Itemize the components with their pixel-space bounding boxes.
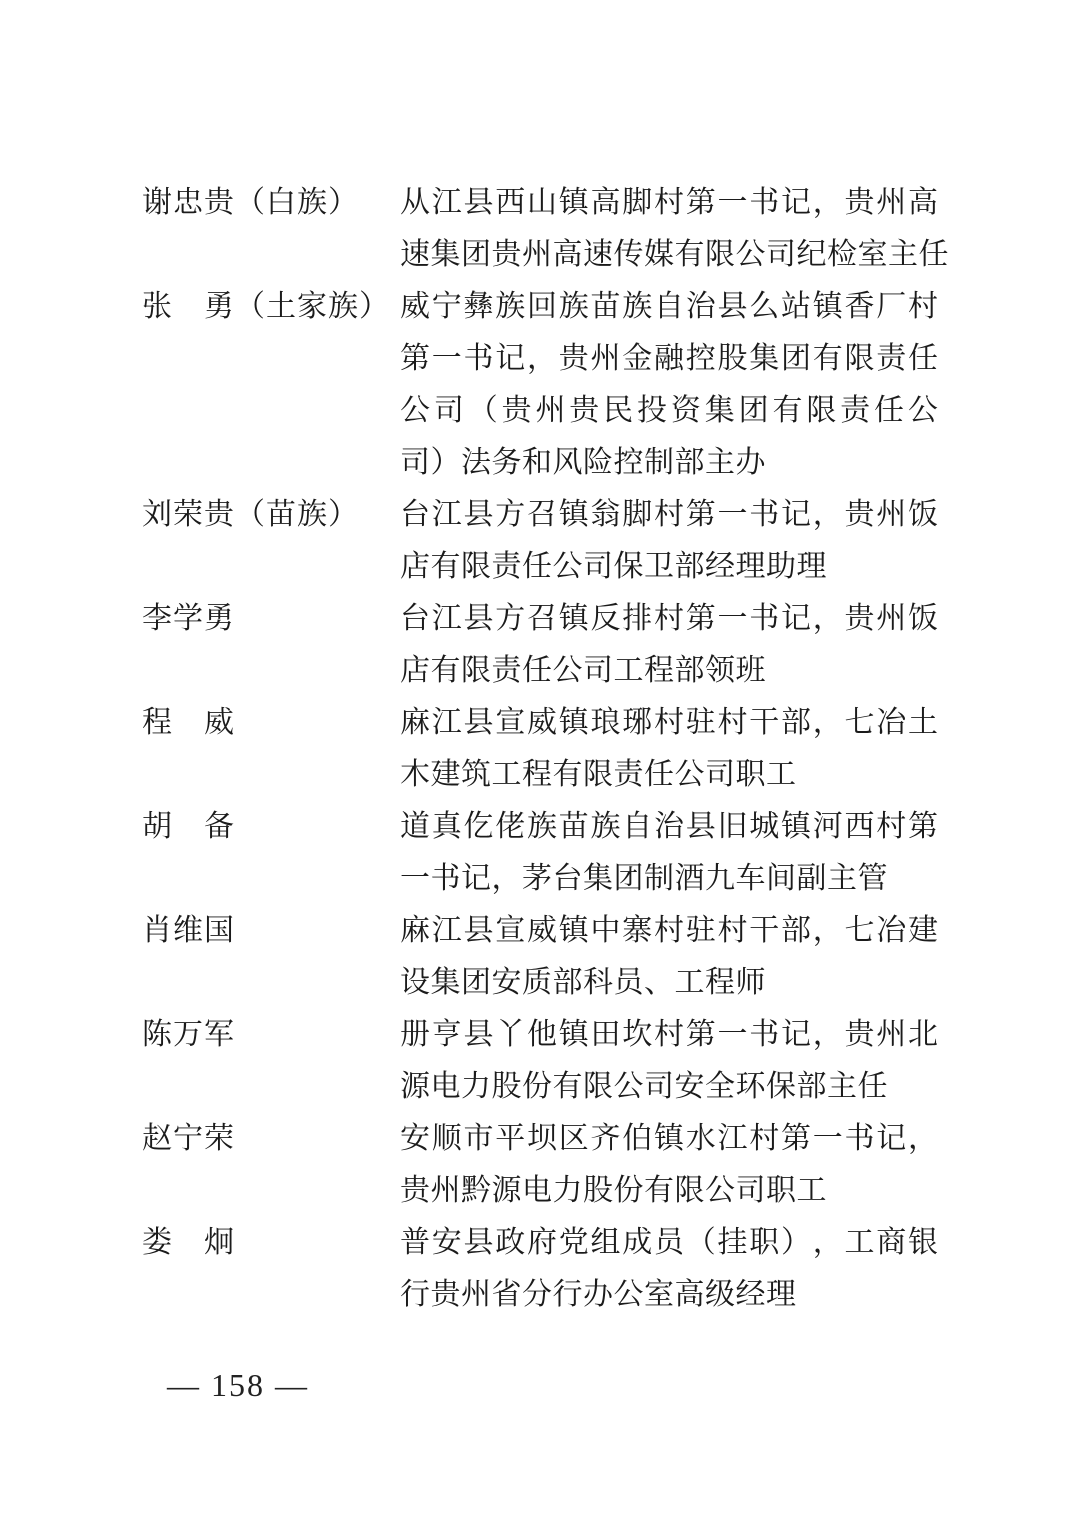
description-line: 司）法务和风险控制部主办 xyxy=(400,437,938,489)
description-line: 源电力股份有限公司安全环保部主任 xyxy=(400,1061,938,1113)
description-line: 木建筑工程有限责任公司职工 xyxy=(400,749,938,801)
description-line: 安顺市平坝区齐伯镇水江村第一书记， xyxy=(400,1113,938,1165)
entry-name: 肖维国 xyxy=(142,905,400,957)
description-line: 设集团安质部科员、工程师 xyxy=(400,957,938,1009)
description-line: 普安县政府党组成员（挂职），工商银 xyxy=(400,1217,938,1269)
roster-entry: 赵宁荣 安顺市平坝区齐伯镇水江村第一书记，贵州黔源电力股份有限公司职工 xyxy=(142,1113,938,1217)
entry-description: 台江县方召镇反排村第一书记，贵州饭店有限责任公司工程部领班 xyxy=(400,593,938,697)
entry-description: 威宁彝族回族苗族自治县么站镇香厂村第一书记，贵州金融控股集团有限责任公司（贵州贵… xyxy=(400,281,938,489)
description-line: 麻江县宣威镇中寨村驻村干部，七冶建 xyxy=(400,905,938,957)
entry-description: 麻江县宣威镇琅琊村驻村干部，七冶土木建筑工程有限责任公司职工 xyxy=(400,697,938,801)
entry-name: 赵宁荣 xyxy=(142,1113,400,1165)
entry-description: 道真仡佬族苗族自治县旧城镇河西村第一书记，茅台集团制酒九车间副主管 xyxy=(400,801,938,905)
entry-name: 张 勇（土家族） xyxy=(142,281,400,333)
entry-description: 台江县方召镇翁脚村第一书记，贵州饭店有限责任公司保卫部经理助理 xyxy=(400,489,938,593)
entry-description: 安顺市平坝区齐伯镇水江村第一书记，贵州黔源电力股份有限公司职工 xyxy=(400,1113,938,1217)
roster-entry: 陈万军 册亨县丫他镇田坎村第一书记，贵州北源电力股份有限公司安全环保部主任 xyxy=(142,1009,938,1113)
description-line: 册亨县丫他镇田坎村第一书记，贵州北 xyxy=(400,1009,938,1061)
roster-entry: 张 勇（土家族） 威宁彝族回族苗族自治县么站镇香厂村第一书记，贵州金融控股集团有… xyxy=(142,281,938,489)
entry-name: 胡 备 xyxy=(142,801,400,853)
entry-name: 陈万军 xyxy=(142,1009,400,1061)
entry-name: 娄 炯 xyxy=(142,1217,400,1269)
description-line: 道真仡佬族苗族自治县旧城镇河西村第 xyxy=(400,801,938,853)
description-line: 从江县西山镇高脚村第一书记，贵州高 xyxy=(400,177,938,229)
description-line: 台江县方召镇翁脚村第一书记，贵州饭 xyxy=(400,489,938,541)
entry-name: 谢忠贵（白族） xyxy=(142,177,400,229)
entry-description: 从江县西山镇高脚村第一书记，贵州高速集团贵州高速传媒有限公司纪检室主任 xyxy=(400,177,938,281)
roster-entry: 谢忠贵（白族） 从江县西山镇高脚村第一书记，贵州高速集团贵州高速传媒有限公司纪检… xyxy=(142,177,938,281)
page-number: — 158 — xyxy=(167,1365,1080,1405)
roster-entry: 李学勇 台江县方召镇反排村第一书记，贵州饭店有限责任公司工程部领班 xyxy=(142,593,938,697)
entry-description: 普安县政府党组成员（挂职），工商银行贵州省分行办公室高级经理 xyxy=(400,1217,938,1321)
description-line: 行贵州省分行办公室高级经理 xyxy=(400,1269,938,1321)
roster-entry: 娄 炯 普安县政府党组成员（挂职），工商银行贵州省分行办公室高级经理 xyxy=(142,1217,938,1321)
entry-name: 程 威 xyxy=(142,697,400,749)
document-page: 谢忠贵（白族） 从江县西山镇高脚村第一书记，贵州高速集团贵州高速传媒有限公司纪检… xyxy=(0,0,1080,1527)
description-line: 第一书记，贵州金融控股集团有限责任 xyxy=(400,333,938,385)
description-line: 贵州黔源电力股份有限公司职工 xyxy=(400,1165,938,1217)
description-line: 店有限责任公司工程部领班 xyxy=(400,645,938,697)
roster: 谢忠贵（白族） 从江县西山镇高脚村第一书记，贵州高速集团贵州高速传媒有限公司纪检… xyxy=(142,177,938,1321)
description-line: 麻江县宣威镇琅琊村驻村干部，七冶土 xyxy=(400,697,938,749)
roster-entry: 程 威 麻江县宣威镇琅琊村驻村干部，七冶土木建筑工程有限责任公司职工 xyxy=(142,697,938,801)
entry-name: 李学勇 xyxy=(142,593,400,645)
description-line: 速集团贵州高速传媒有限公司纪检室主任 xyxy=(400,229,938,281)
description-line: 一书记，茅台集团制酒九车间副主管 xyxy=(400,853,938,905)
description-line: 台江县方召镇反排村第一书记，贵州饭 xyxy=(400,593,938,645)
description-line: 公司（贵州贵民投资集团有限责任公 xyxy=(400,385,938,437)
description-line: 店有限责任公司保卫部经理助理 xyxy=(400,541,938,593)
description-line: 威宁彝族回族苗族自治县么站镇香厂村 xyxy=(400,281,938,333)
roster-entry: 胡 备 道真仡佬族苗族自治县旧城镇河西村第一书记，茅台集团制酒九车间副主管 xyxy=(142,801,938,905)
entry-name: 刘荣贵（苗族） xyxy=(142,489,400,541)
roster-entry: 肖维国 麻江县宣威镇中寨村驻村干部，七冶建设集团安质部科员、工程师 xyxy=(142,905,938,1009)
entry-description: 册亨县丫他镇田坎村第一书记，贵州北源电力股份有限公司安全环保部主任 xyxy=(400,1009,938,1113)
entry-description: 麻江县宣威镇中寨村驻村干部，七冶建设集团安质部科员、工程师 xyxy=(400,905,938,1009)
roster-entry: 刘荣贵（苗族） 台江县方召镇翁脚村第一书记，贵州饭店有限责任公司保卫部经理助理 xyxy=(142,489,938,593)
